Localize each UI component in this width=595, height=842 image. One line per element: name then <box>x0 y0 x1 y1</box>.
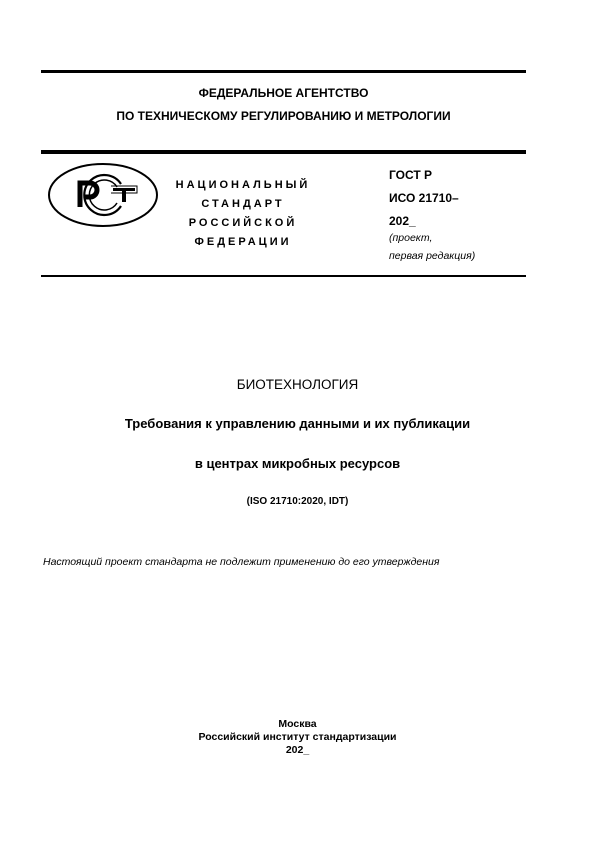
publisher-year: 202_ <box>0 744 595 757</box>
national-standard-line: НАЦИОНАЛЬНЫЙ <box>168 176 318 195</box>
national-standard-line: СТАНДАРТ <box>168 195 318 214</box>
national-standard-line: РОССИЙСКОЙ <box>168 214 318 233</box>
draft-status: (проект, первая редакция) <box>389 229 475 265</box>
designation-line2: ИСО 21710– <box>389 187 459 210</box>
draft-notice: Настоящий проект стандарта не подлежит п… <box>43 556 439 568</box>
document-subtitle-line1: Требования к управлению данными и их пуб… <box>0 416 595 431</box>
middle-rule <box>41 150 526 154</box>
national-standard-label: НАЦИОНАЛЬНЫЙ СТАНДАРТ РОССИЙСКОЙ ФЕДЕРАЦ… <box>168 176 318 252</box>
draft-line1: (проект, <box>389 229 475 247</box>
publisher-city: Москва <box>0 718 595 731</box>
rst-gost-logo-icon <box>47 162 159 228</box>
agency-name-line1: ФЕДЕРАЛЬНОЕ АГЕНТСТВО <box>41 86 526 100</box>
publisher-institute: Российский институт стандартизации <box>0 731 595 744</box>
document-subtitle-line2: в центрах микробных ресурсов <box>0 456 595 471</box>
draft-line2: первая редакция) <box>389 247 475 265</box>
bottom-rule <box>41 275 526 277</box>
top-rule <box>41 70 526 73</box>
designation-line1: ГОСТ Р <box>389 164 459 187</box>
iso-reference: (ISO 21710:2020, IDT) <box>0 496 595 507</box>
national-standard-line: ФЕДЕРАЦИИ <box>168 233 318 252</box>
document-title: БИОТЕХНОЛОГИЯ <box>0 377 595 392</box>
agency-name-line2: ПО ТЕХНИЧЕСКОМУ РЕГУЛИРОВАНИЮ И МЕТРОЛОГ… <box>41 109 526 123</box>
standard-designation: ГОСТ Р ИСО 21710– 202_ <box>389 164 459 233</box>
publisher-block: Москва Российский институт стандартизаци… <box>0 718 595 757</box>
